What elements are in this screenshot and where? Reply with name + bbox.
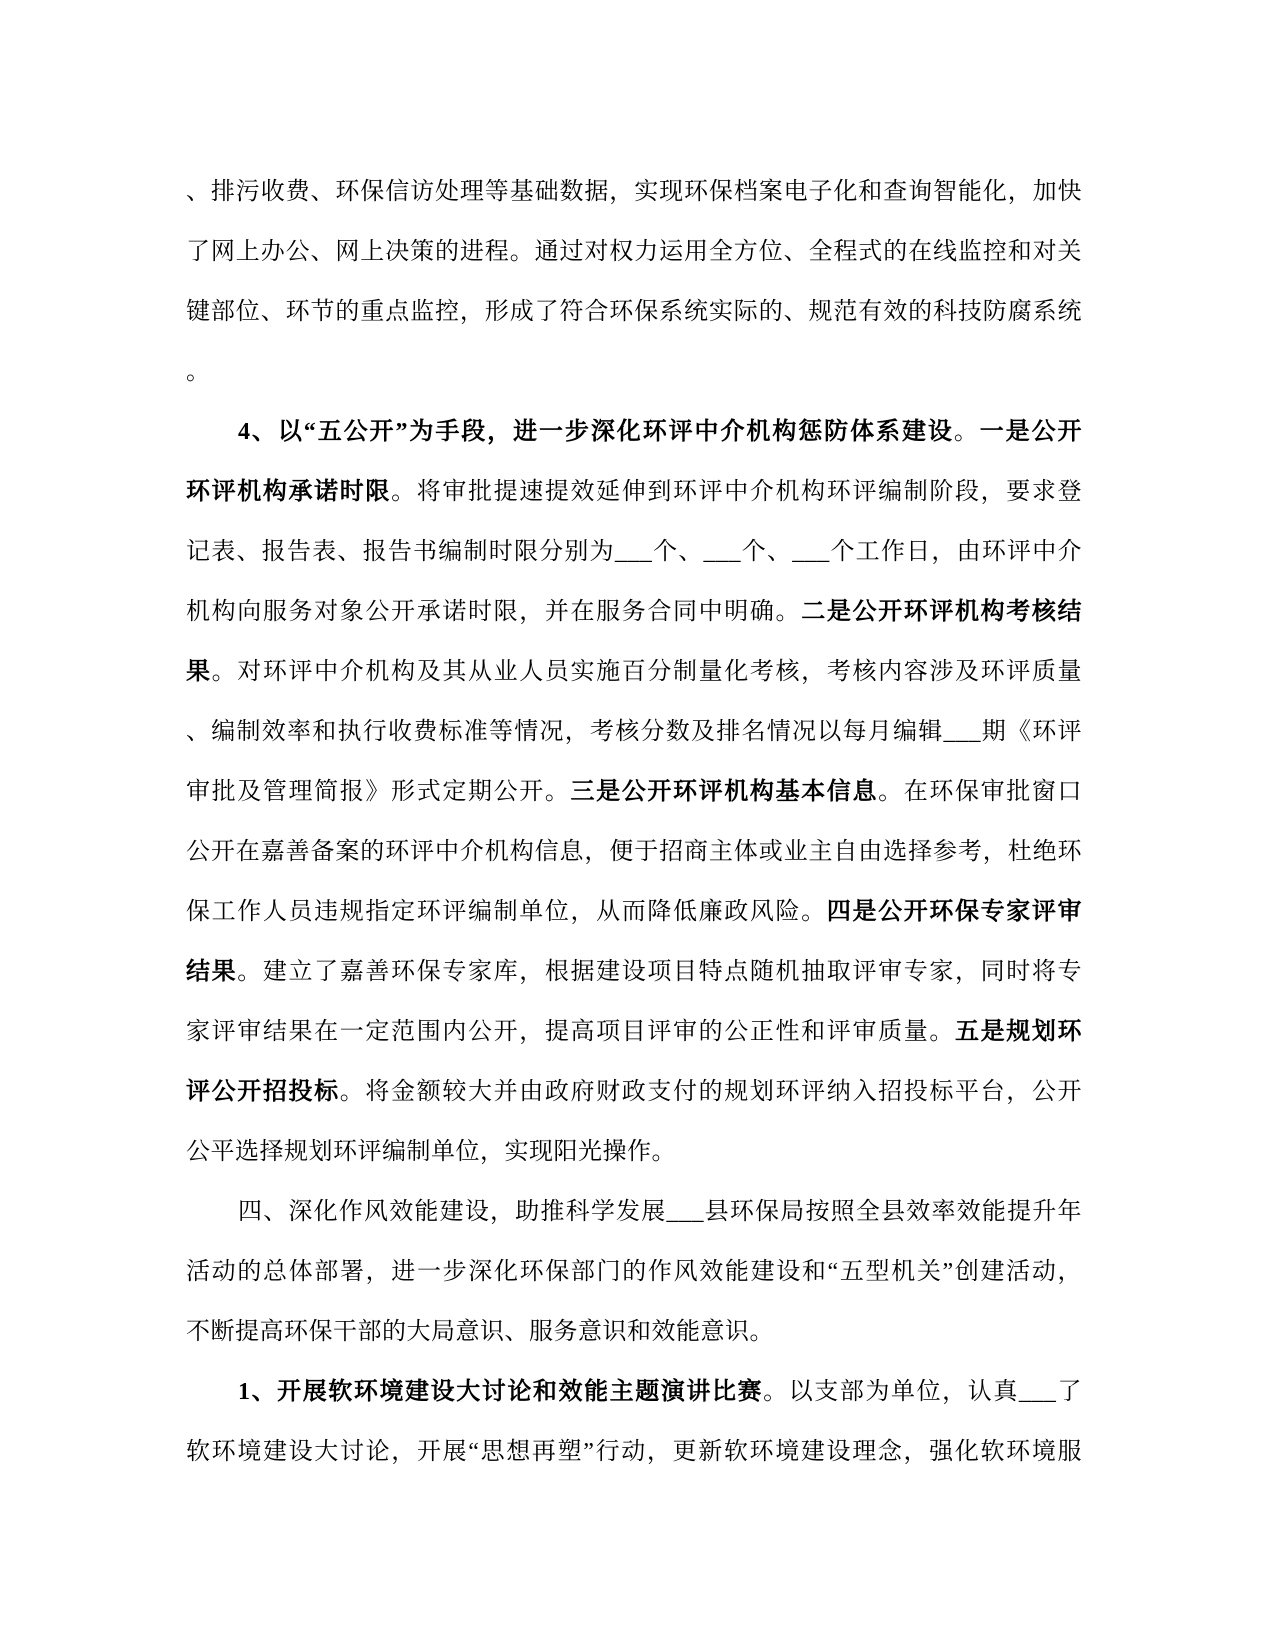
text-line: 了网上办公、网上决策的进程。通过对权力运用全方位、全程式的在线监控和对关 xyxy=(186,222,1082,282)
bold-text-run: 三是公开环评机构基本信息 xyxy=(570,779,878,805)
text-line: 。 xyxy=(186,342,1082,402)
text-run: 。对环评中介机构及其从业人员实施百分制量化考核，考核内容涉及环评质量 xyxy=(212,659,1082,685)
document-body: 、排污收费、环保信访处理等基础数据，实现环保档案电子化和查询智能化，加快了网上办… xyxy=(186,162,1082,1482)
text-run: 活动的总体部署，进一步深化环保部门的作风效能建设和“五型机关”创建活动， xyxy=(186,1259,1082,1285)
text-run: 不断提高环保干部的大局意识、服务意识和效能意识。 xyxy=(186,1319,774,1345)
text-run: 公平选择规划环评编制单位，实现阳光操作。 xyxy=(186,1139,676,1165)
bold-text-run: 1、开展软环境建设大讨论和效能主题演讲比赛 xyxy=(238,1379,763,1405)
bold-text-run: 二是公开环评机构考核结 xyxy=(801,599,1082,625)
bold-text-run: 一是公开 xyxy=(980,419,1082,445)
text-run: 、编制效率和执行收费标准等情况，考核分数及排名情况以每月编辑___期《环评 xyxy=(186,719,1082,745)
text-line: 果。对环评中介机构及其从业人员实施百分制量化考核，考核内容涉及环评质量 xyxy=(186,642,1082,702)
text-run: 机构向服务对象公开承诺时限，并在服务合同中明确。 xyxy=(186,599,801,625)
text-run: 、排污收费、环保信访处理等基础数据，实现环保档案电子化和查询智能化，加快 xyxy=(186,179,1082,205)
bold-text-run: 4、以“五公开”为手段，进一步深化环评中介机构惩防体系建设 xyxy=(238,419,954,445)
text-line: 记表、报告表、报告书编制时限分别为___个、___个、___个工作日，由环评中介 xyxy=(186,522,1082,582)
text-line: 家评审结果在一定范围内公开，提高项目评审的公正性和评审质量。五是规划环 xyxy=(186,1002,1082,1062)
text-run: 保工作人员违规指定环评编制单位，从而降低廉政风险。 xyxy=(186,899,827,925)
text-run: 。建立了嘉善环保专家库，根据建设项目特点随机抽取评审专家，同时将专 xyxy=(237,959,1082,985)
text-line: 评公开招投标。将金额较大并由政府财政支付的规划环评纳入招投标平台，公开 xyxy=(186,1062,1082,1122)
document-page: 、排污收费、环保信访处理等基础数据，实现环保档案电子化和查询智能化，加快了网上办… xyxy=(0,0,1275,1650)
text-line: 1、开展软环境建设大讨论和效能主题演讲比赛。以支部为单位，认真___了 xyxy=(186,1362,1082,1422)
text-line: 不断提高环保干部的大局意识、服务意识和效能意识。 xyxy=(186,1302,1082,1362)
bold-text-run: 结果 xyxy=(186,959,237,985)
text-line: 机构向服务对象公开承诺时限，并在服务合同中明确。二是公开环评机构考核结 xyxy=(186,582,1082,642)
text-line: 公开在嘉善备案的环评中介机构信息，便于招商主体或业主自由选择参考，杜绝环 xyxy=(186,822,1082,882)
text-run: 家评审结果在一定范围内公开，提高项目评审的公正性和评审质量。 xyxy=(186,1019,955,1045)
bold-text-run: 四是公开环保专家评审 xyxy=(827,899,1082,925)
text-run: 了网上办公、网上决策的进程。通过对权力运用全方位、全程式的在线监控和对关 xyxy=(186,239,1082,265)
text-line: 审批及管理简报》形式定期公开。三是公开环评机构基本信息。在环保审批窗口 xyxy=(186,762,1082,822)
text-run: 键部位、环节的重点监控，形成了符合环保系统实际的、规范有效的科技防腐系统 xyxy=(186,299,1082,325)
text-run: 审批及管理简报》形式定期公开。 xyxy=(186,779,570,805)
text-run: 。在环保审批窗口 xyxy=(878,779,1082,805)
text-line: 活动的总体部署，进一步深化环保部门的作风效能建设和“五型机关”创建活动， xyxy=(186,1242,1082,1302)
bold-text-run: 果 xyxy=(186,659,212,685)
text-line: 、编制效率和执行收费标准等情况，考核分数及排名情况以每月编辑___期《环评 xyxy=(186,702,1082,762)
text-line: 结果。建立了嘉善环保专家库，根据建设项目特点随机抽取评审专家，同时将专 xyxy=(186,942,1082,1002)
bold-text-run: 评公开招投标 xyxy=(186,1079,340,1105)
text-run: 。将审批提速提效延伸到环评中介机构环评编制阶段，要求登 xyxy=(391,479,1082,505)
text-run: 四、深化作风效能建设，助推科学发展___县环保局按照全县效率效能提升年 xyxy=(238,1199,1082,1225)
text-line: 、排污收费、环保信访处理等基础数据，实现环保档案电子化和查询智能化，加快 xyxy=(186,162,1082,222)
text-run: 。 xyxy=(954,419,980,445)
text-line: 四、深化作风效能建设，助推科学发展___县环保局按照全县效率效能提升年 xyxy=(186,1182,1082,1242)
text-run: 软环境建设大讨论，开展“思想再塑”行动，更新软环境建设理念，强化软环境服 xyxy=(186,1439,1082,1465)
text-line: 软环境建设大讨论，开展“思想再塑”行动，更新软环境建设理念，强化软环境服 xyxy=(186,1422,1082,1482)
text-line: 键部位、环节的重点监控，形成了符合环保系统实际的、规范有效的科技防腐系统 xyxy=(186,282,1082,342)
text-run: 。将金额较大并由政府财政支付的规划环评纳入招投标平台，公开 xyxy=(340,1079,1082,1105)
text-run: 。 xyxy=(186,359,211,385)
bold-text-run: 环评机构承诺时限 xyxy=(186,479,391,505)
text-run: 记表、报告表、报告书编制时限分别为___个、___个、___个工作日，由环评中介 xyxy=(186,539,1082,565)
text-run: 公开在嘉善备案的环评中介机构信息，便于招商主体或业主自由选择参考，杜绝环 xyxy=(186,839,1082,865)
text-line: 公平选择规划环评编制单位，实现阳光操作。 xyxy=(186,1122,1082,1182)
bold-text-run: 五是规划环 xyxy=(955,1019,1082,1045)
text-line: 环评机构承诺时限。将审批提速提效延伸到环评中介机构环评编制阶段，要求登 xyxy=(186,462,1082,522)
text-run: 。以支部为单位，认真___了 xyxy=(763,1379,1082,1405)
text-line: 4、以“五公开”为手段，进一步深化环评中介机构惩防体系建设。一是公开 xyxy=(186,402,1082,462)
text-line: 保工作人员违规指定环评编制单位，从而降低廉政风险。四是公开环保专家评审 xyxy=(186,882,1082,942)
